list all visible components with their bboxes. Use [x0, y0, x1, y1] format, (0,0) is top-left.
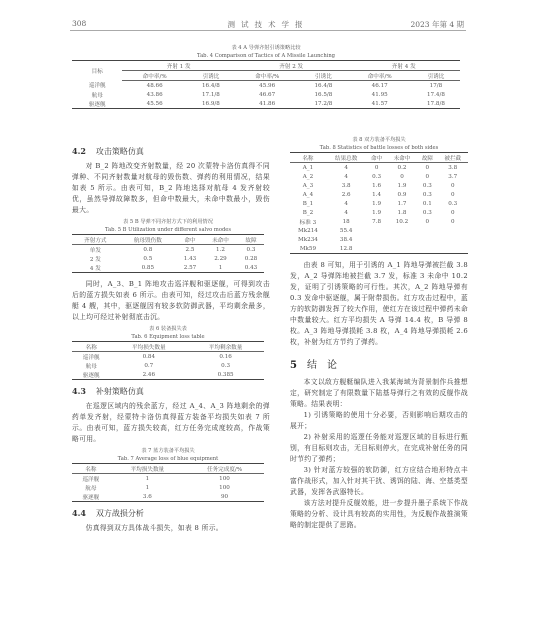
cell: 3.8 — [326, 181, 367, 190]
paragraph: 2) 补射采用的巡逻任务能对巡逻区域的目标进行甄别，有目标则攻击，无目标则停火，… — [290, 432, 468, 465]
cell: 18 — [326, 217, 367, 226]
cell: 43.86 — [122, 90, 186, 99]
table-row: A_240.3003.7 — [290, 172, 468, 181]
cell: 3.8 — [437, 163, 468, 173]
cell: 0.3 — [187, 361, 264, 370]
paragraph: 同时，A_3、B_1 阵地攻击巡洋舰和驱逐舰，可得到攻击后的蓝方损失如表 6 所… — [72, 279, 270, 323]
cell: 2.6 — [326, 190, 367, 199]
cell: A_2 — [290, 172, 326, 181]
table-row: A_42.61.40.90.30 — [290, 190, 468, 199]
table-4: 表 4 A 导弹齐射引诱策略比较 Tab. 4 Comparison of Ta… — [72, 44, 460, 109]
subheader: 引诱比 — [412, 71, 460, 81]
table-8-caption-en: Tab. 8 Statistics of battle losses of bo… — [290, 144, 468, 152]
paragraph: 对 B_2 阵地改变齐射数量，经 20 次蒙特卡洛仿真得不同弹种、不同齐射数量对… — [72, 161, 270, 216]
section-4-2-heading: 4.2攻击策略仿真 — [72, 146, 270, 157]
table-7-grid: 名称 平均损失数量 任务完成度/% 巡洋舰1100 航母1100 驱逐舰3.69… — [72, 463, 264, 502]
cell: Mk214 — [290, 226, 326, 235]
cell: 0.3 — [417, 181, 437, 190]
header-cell: 平均损失数量 — [110, 464, 185, 474]
group-header: 齐射 2 发 — [235, 61, 348, 71]
cell: 4 — [326, 199, 367, 208]
subheader: 命中率/% — [235, 71, 299, 81]
section-4-3-heading: 4.3补射策略仿真 — [72, 386, 270, 397]
section-title: 结论 — [307, 360, 347, 371]
table-row: 航母 43.86 17.1/8 46.67 16.5/8 41.95 17.4/… — [72, 90, 460, 99]
cell: 16.9/8 — [187, 99, 235, 109]
table-row: Mk21455.4 — [290, 226, 468, 235]
cell: 1.43 — [177, 254, 203, 263]
paragraph: 该方法对提升反舰效能，进一步提升墨子系统下作战策略的分析、设计具有较高的实用性，… — [290, 498, 468, 531]
header-cell: 未命中 — [387, 153, 417, 163]
cell: 1 — [110, 474, 185, 484]
cell: Mk59 — [290, 244, 326, 254]
cell: 0.9 — [387, 190, 417, 199]
header-cell: 名称 — [72, 464, 110, 474]
paragraph: 本文以敌方舰艇编队进入我某海域为背景制作兵推想定，研究制定了有限数量下陆基导弹行… — [290, 377, 468, 410]
left-column: 4.2攻击策略仿真 对 B_2 阵地改变齐射数量，经 20 次蒙特卡洛仿真得不同… — [72, 142, 270, 534]
cell: 航母 — [72, 361, 110, 370]
cell: 2 发 — [72, 254, 119, 263]
cell: 45.56 — [122, 99, 186, 109]
cell: 0.3 — [417, 190, 437, 199]
cell: 0.85 — [119, 263, 177, 273]
cell: 1.9 — [387, 181, 417, 190]
cell: 巡洋舰 — [72, 352, 110, 362]
cell: 2.5 — [177, 245, 203, 255]
cell: 3.6 — [110, 492, 185, 502]
subheader: 引诱比 — [299, 71, 347, 81]
cell: 0.3 — [238, 245, 264, 255]
cell: 0.2 — [387, 163, 417, 173]
cell: 单发 — [72, 245, 119, 255]
table-4-caption-cn: 表 4 A 导弹齐射引诱策略比较 — [72, 44, 460, 52]
cell: 0 — [417, 217, 437, 226]
table-6: 表 6 装备损失表 Tab. 6 Equipment loss table 名称… — [72, 325, 264, 380]
cell: 1.8 — [387, 208, 417, 217]
cell: 4 — [326, 172, 367, 181]
issue-label: 2023 年第 4 期 — [410, 19, 464, 30]
table-row: B_241.91.80.30 — [290, 208, 468, 217]
table-4-caption-en: Tab. 4 Comparison of Tactics of A Missil… — [72, 52, 460, 60]
header-cell: 结果总数 — [326, 153, 367, 163]
table-6-grid: 名称 平均损失数量 平均剩余数量 巡洋舰0.840.16 航母0.70.3 驱逐… — [72, 341, 264, 380]
table-row: 巡洋舰 48.66 16.4/8 45.96 16.4/8 46.17 17/8 — [72, 81, 460, 91]
cell: 0.16 — [187, 352, 264, 362]
header-cell: 名称 — [290, 153, 326, 163]
cell: 7.8 — [366, 217, 386, 226]
journal-title: 测试技术学报 — [70, 19, 466, 30]
cell: 1.9 — [366, 208, 386, 217]
table-7-caption-en: Tab. 7 Average loss of blue equipment — [72, 455, 264, 463]
page-header: 308 测试技术学报 2023 年第 4 期 — [70, 16, 466, 31]
table-7: 表 7 蓝方装备平均损失 Tab. 7 Average loss of blue… — [72, 447, 264, 502]
header-cell: 平均损失数量 — [110, 342, 187, 352]
table-row: A_33.81.61.90.30 — [290, 181, 468, 190]
paragraph: 仿真得到双方具体战斗损失，如表 8 所示。 — [72, 523, 270, 534]
cell: 0.5 — [119, 254, 177, 263]
cell: 41.57 — [347, 99, 411, 109]
cell: 46.67 — [235, 90, 299, 99]
table-row: A_1400.203.8 — [290, 163, 468, 173]
cell: 55.4 — [326, 226, 367, 235]
header-cell: 未命中 — [203, 235, 238, 245]
group-header: 齐射 4 发 — [347, 61, 460, 71]
cell: 100 — [185, 483, 264, 492]
table-row: 驱逐舰 45.56 16.9/8 41.86 17.2/8 41.57 17.8… — [72, 99, 460, 109]
table-8-caption-cn: 表 8 双方装备平均损失 — [290, 136, 468, 144]
subheader: 引诱比 — [187, 71, 235, 81]
cell: 4 发 — [72, 263, 119, 273]
cell: 航母 — [72, 483, 110, 492]
paragraph: 3) 针对蓝方较强的软防御，红方应结合地形特点丰富作战形式，加入针对其干扰、诱饵… — [290, 465, 468, 498]
table-row: 2 发0.51.432.290.28 — [72, 254, 264, 263]
section-number: 4.2 — [72, 146, 86, 156]
cell: 标准 3 — [290, 217, 326, 226]
cell: 0 — [437, 217, 468, 226]
cell: 驱逐舰 — [72, 492, 110, 502]
section-number: 5 — [290, 360, 297, 371]
cell: 46.17 — [347, 81, 411, 91]
cell: 17.1/8 — [187, 90, 235, 99]
paragraph: 在巡逻区域内的残余蓝方，经过 A_4、A_3 阵地剩余的弹药单发齐射，经蒙特卡洛… — [72, 401, 270, 445]
cell: 2.46 — [110, 370, 187, 380]
cell: 16.5/8 — [299, 90, 347, 99]
right-column: 表 8 双方装备平均损失 Tab. 8 Statistics of battle… — [290, 134, 468, 531]
cell: 17.2/8 — [299, 99, 347, 109]
row-header: 目标 — [72, 61, 122, 81]
cell: 0 — [387, 172, 417, 181]
header-cell: 故障 — [238, 235, 264, 245]
cell: 45.96 — [235, 81, 299, 91]
cell: 2.57 — [177, 263, 203, 273]
cell: B_2 — [290, 208, 326, 217]
subheader: 命中率/% — [347, 71, 411, 81]
cell: 16.4/8 — [299, 81, 347, 91]
header-cell: 命中 — [177, 235, 203, 245]
cell: 38.4 — [326, 235, 367, 244]
header-cell: 平均剩余数量 — [187, 342, 264, 352]
cell: 16.4/8 — [187, 81, 235, 91]
cell: 0 — [437, 208, 468, 217]
cell: 0.1 — [417, 199, 437, 208]
cell: 10.2 — [387, 217, 417, 226]
cell: 4 — [326, 208, 367, 217]
table-row: 标准 3187.810.200 — [290, 217, 468, 226]
cell: 1 — [110, 483, 185, 492]
paragraph: 由表 8 可知，用于引诱的 A_1 阵地导弹被拦截 3.8 发，A_2 导弹阵地… — [290, 260, 468, 348]
cell: 2.29 — [203, 254, 238, 263]
cell: 12.8 — [326, 244, 367, 254]
subheader: 命中率/% — [122, 71, 186, 81]
cell: 1.6 — [366, 181, 386, 190]
cell: 0.28 — [238, 254, 264, 263]
cell: 1.7 — [387, 199, 417, 208]
table-8: 表 8 双方装备平均损失 Tab. 8 Statistics of battle… — [290, 136, 468, 254]
cell: A_1 — [290, 163, 326, 173]
section-5-heading: 5结论 — [290, 356, 468, 371]
cell: 0 — [417, 163, 437, 173]
cell: 巡洋舰 — [72, 474, 110, 484]
section-number: 4.4 — [72, 508, 86, 518]
cell: Mk234 — [290, 235, 326, 244]
cell: 0.385 — [187, 370, 264, 380]
table-row: 驱逐舰2.460.385 — [72, 370, 264, 380]
table-row: 驱逐舰3.690 — [72, 492, 264, 502]
header-cell: 航母毁伤数 — [119, 235, 177, 245]
table-row: B_141.91.70.10.3 — [290, 199, 468, 208]
table-row: 航母1100 — [72, 483, 264, 492]
cell: 1 — [203, 263, 238, 273]
table-row: 单发0.82.51.20.3 — [72, 245, 264, 255]
cell: 41.86 — [235, 99, 299, 109]
cell: 0.3 — [417, 208, 437, 217]
table-row: 4 发0.852.5710.43 — [72, 263, 264, 273]
cell: 巡洋舰 — [72, 81, 122, 91]
section-4-4-heading: 4.4双方战损分析 — [72, 508, 270, 519]
cell: B_1 — [290, 199, 326, 208]
cell: 0.3 — [366, 172, 386, 181]
cell: 驱逐舰 — [72, 99, 122, 109]
cell: 0 — [366, 163, 386, 173]
table-7-caption-cn: 表 7 蓝方装备平均损失 — [72, 447, 264, 455]
cell: 0 — [417, 172, 437, 181]
cell: 0.3 — [437, 199, 468, 208]
paragraph: 1) 引诱策略的使用十分必要，否则影响后期攻击的展开； — [290, 410, 468, 432]
cell: 航母 — [72, 90, 122, 99]
table-row: 巡洋舰0.840.16 — [72, 352, 264, 362]
table-row: 巡洋舰1100 — [72, 474, 264, 484]
cell: 90 — [185, 492, 264, 502]
table-8-grid: 名称 结果总数 命中 未命中 故障 被拦截 A_1400.203.8 A_240… — [290, 152, 468, 254]
cell: 17.4/8 — [412, 90, 460, 99]
cell: 1.2 — [203, 245, 238, 255]
cell: 0.7 — [110, 361, 187, 370]
header-cell: 名称 — [72, 342, 110, 352]
group-header: 齐射 1 发 — [122, 61, 235, 71]
table-row: Mk5912.8 — [290, 244, 468, 254]
table-6-caption-en: Tab. 6 Equipment loss table — [72, 333, 264, 341]
header-cell: 齐射方式 — [72, 235, 119, 245]
cell: 17.8/8 — [412, 99, 460, 109]
cell: A_3 — [290, 181, 326, 190]
table-5-caption-cn: 表 5 B 导弹不同齐射方式下的利用情况 — [72, 218, 264, 226]
section-title: 攻击策略仿真 — [96, 147, 144, 156]
cell: 41.95 — [347, 90, 411, 99]
cell: 1.4 — [366, 190, 386, 199]
header-cell: 任务完成度/% — [185, 464, 264, 474]
cell: 0.8 — [119, 245, 177, 255]
cell: 17/8 — [412, 81, 460, 91]
cell: 1.9 — [366, 199, 386, 208]
section-title: 补射策略仿真 — [96, 387, 144, 396]
cell: A_4 — [290, 190, 326, 199]
cell: 4 — [326, 163, 367, 173]
table-4-grid: 目标 齐射 1 发 齐射 2 发 齐射 4 发 命中率/% 引诱比 命中率/% … — [72, 60, 460, 109]
cell: 100 — [185, 474, 264, 484]
table-6-caption-cn: 表 6 装备损失表 — [72, 325, 264, 333]
cell: 0 — [437, 190, 468, 199]
header-cell: 故障 — [417, 153, 437, 163]
header-cell: 命中 — [366, 153, 386, 163]
section-number: 4.3 — [72, 386, 86, 396]
table-row: Mk23438.4 — [290, 235, 468, 244]
cell: 0.43 — [238, 263, 264, 273]
cell: 0 — [437, 181, 468, 190]
table-5: 表 5 B 导弹不同齐射方式下的利用情况 Tab. 5 B Utilizatio… — [72, 218, 264, 273]
table-5-grid: 齐射方式 航母毁伤数 命中 未命中 故障 单发0.82.51.20.3 2 发0… — [72, 234, 264, 273]
cell: 48.66 — [122, 81, 186, 91]
section-title: 双方战损分析 — [96, 509, 144, 518]
table-5-caption-en: Tab. 5 B Utilization under different sal… — [72, 226, 264, 234]
cell: 3.7 — [437, 172, 468, 181]
table-row: 航母0.70.3 — [72, 361, 264, 370]
header-cell: 被拦截 — [437, 153, 468, 163]
cell: 0.84 — [110, 352, 187, 362]
cell: 驱逐舰 — [72, 370, 110, 380]
